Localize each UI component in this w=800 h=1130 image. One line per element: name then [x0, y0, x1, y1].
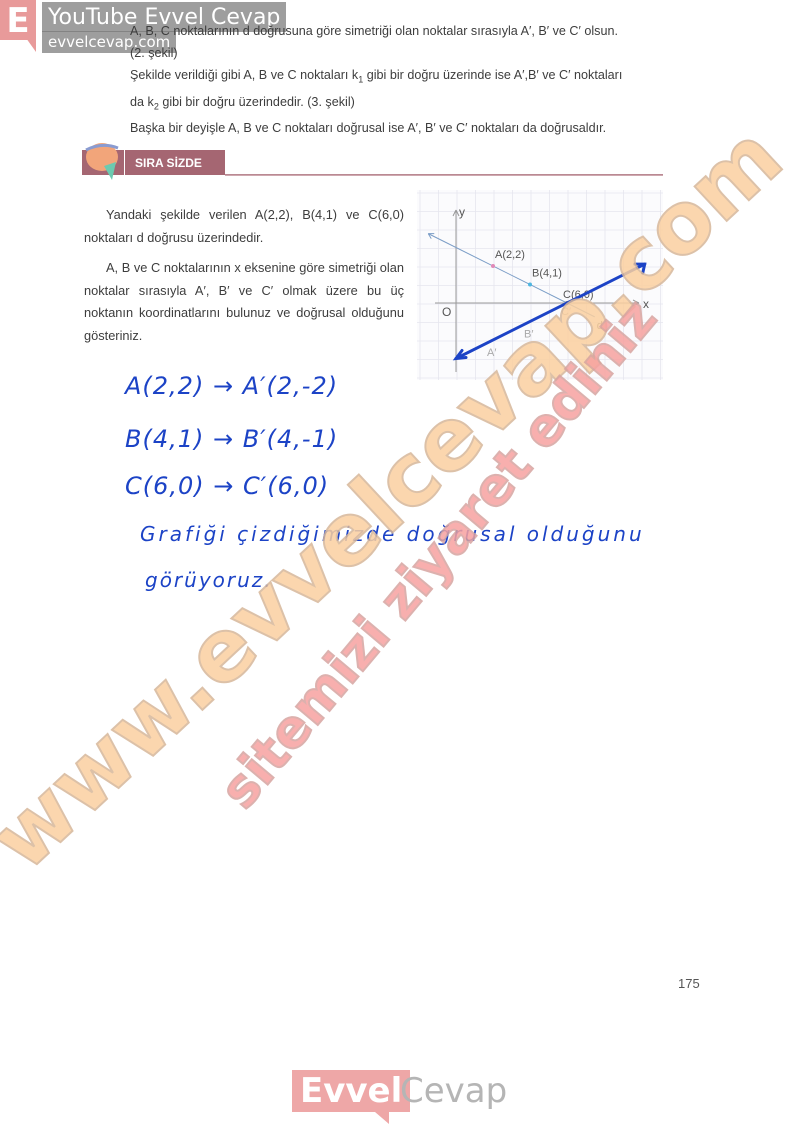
- intro-line-3-pre: Şekilde verildiği gibi A, B ve C noktala…: [130, 68, 358, 82]
- intro-line-3: Şekilde verildiği gibi A, B ve C noktala…: [130, 64, 670, 91]
- answer-equation-a: A(2,2) → A′(2,-2): [125, 372, 338, 400]
- section-divider: [225, 174, 663, 176]
- intro-line-2: (2. şekil): [130, 42, 670, 64]
- intro-line-1: A, B, C noktalarının d doğrusuna göre si…: [130, 20, 670, 42]
- intro-line-4-post: gibi bir doğru üzerindedir. (3. şekil): [159, 95, 355, 109]
- brand-badge-icon: E: [0, 0, 36, 40]
- intro-line-3-post: gibi bir doğru üzerinde ise A′,B′ ve C′ …: [363, 68, 622, 82]
- page-number: 175: [678, 976, 700, 991]
- logo-evvel: Evvel: [292, 1070, 410, 1112]
- svg-text:y: y: [459, 205, 465, 219]
- svg-text:A(2,2): A(2,2): [495, 249, 525, 261]
- student-head-icon: [82, 140, 128, 180]
- answer-equation-c: C(6,0) → C′(6,0): [125, 472, 329, 500]
- question-paragraph-2: A, B ve C noktalarının x eksenine göre s…: [84, 257, 404, 347]
- svg-text:O: O: [442, 305, 451, 319]
- intro-line-4: da k2 gibi bir doğru üzerindedir. (3. şe…: [130, 91, 670, 118]
- question-paragraph-1: Yandaki şekilde verilen A(2,2), B(4,1) v…: [84, 204, 404, 249]
- section-title: SIRA SİZDE: [125, 150, 225, 175]
- intro-text: A, B, C noktalarının d doğrusuna göre si…: [130, 20, 670, 139]
- intro-line-5: Başka bir deyişle A, B ve C noktaları do…: [130, 117, 670, 139]
- logo-cevap: Cevap: [400, 1070, 507, 1112]
- logo-bubble-tail: [375, 1112, 389, 1124]
- question-text: Yandaki şekilde verilen A(2,2), B(4,1) v…: [84, 204, 404, 355]
- intro-line-4-pre: da k: [130, 95, 154, 109]
- answer-equation-b: B(4,1) → B′(4,-1): [125, 425, 338, 453]
- brand-badge-tail: [26, 38, 36, 52]
